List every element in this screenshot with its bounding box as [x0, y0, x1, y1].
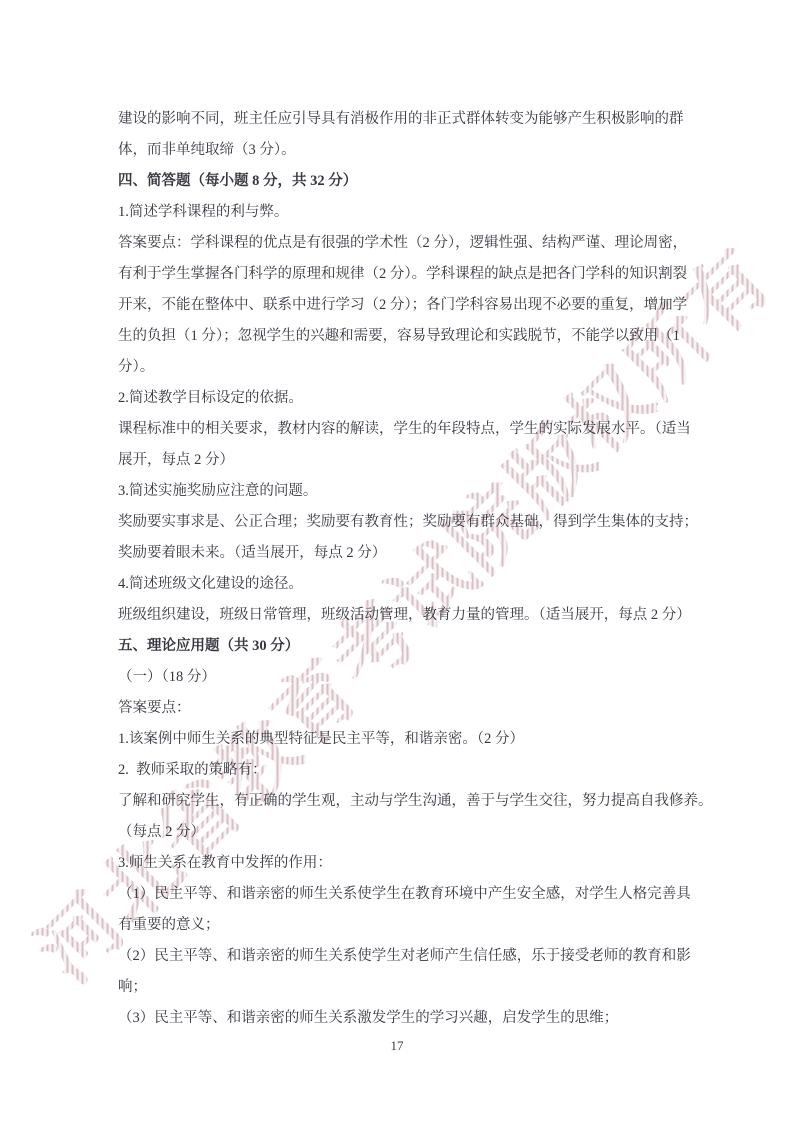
text-line: 响；: [118, 972, 713, 1003]
text-line: （1）民主平等、和谐亲密的师生关系使学生在教育环境中产生安全感，对学生人格完善具: [118, 879, 713, 910]
text-line: 奖励要着眼未来。（适当展开，每点 2 分）: [118, 538, 713, 569]
text-line: 开来，不能在整体中、联系中进行学习（2 分）；各门学科容易出现不必要的重复，增加…: [118, 290, 713, 321]
section-heading-theory-application: 五、理论应用题（共 30 分）: [118, 631, 713, 662]
document-content: 建设的影响不同，班主任应引导具有消极作用的非正式群体转变为能够产生积极影响的群 …: [118, 104, 713, 1034]
text-line: 3.师生关系在教育中发挥的作用：: [118, 848, 713, 879]
text-line: 1.该案例中师生关系的典型特征是民主平等，和谐亲密。（2 分）: [118, 724, 713, 755]
text-line: 4.简述班级文化建设的途径。: [118, 569, 713, 600]
text-line: 了解和研究学生，有正确的学生观，主动与学生沟通，善于与学生交往，努力提高自我修养…: [118, 786, 713, 817]
text-line: 建设的影响不同，班主任应引导具有消极作用的非正式群体转变为能够产生积极影响的群: [118, 104, 713, 135]
text-line: 2.简述教学目标设定的依据。: [118, 383, 713, 414]
section-heading-short-answer: 四、简答题（每小题 8 分，共 32 分）: [118, 166, 713, 197]
text-line: 奖励要实事求是、公正合理；奖励要有教育性；奖励要有群众基础，得到学生集体的支持；: [118, 507, 713, 538]
document-page: 河北省教育考试院版权所有 建设的影响不同，班主任应引导具有消极作用的非正式群体转…: [0, 0, 794, 1123]
page-number: 17: [0, 1036, 794, 1056]
text-line: （2）民主平等、和谐亲密的师生关系使学生对老师产生信任感，乐于接受老师的教育和影: [118, 941, 713, 972]
text-line: （3）民主平等、和谐亲密的师生关系激发学生的学习兴趣，启发学生的思维；: [118, 1003, 713, 1034]
text-line: 体，而非单纯取缔（3 分）。: [118, 135, 713, 166]
text-line: 答案要点：学科课程的优点是有很强的学术性（2 分），逻辑性强、结构严谨、理论周密…: [118, 228, 713, 259]
text-line: 展开，每点 2 分）: [118, 445, 713, 476]
text-line: 答案要点：: [118, 693, 713, 724]
text-line: 2. 教师采取的策略有：: [118, 755, 713, 786]
text-line: 有重要的意义；: [118, 910, 713, 941]
text-line: 生的负担（1 分）；忽视学生的兴趣和需要，容易导致理论和实践脱节，不能学以致用（…: [118, 321, 713, 352]
text-line: 分）。: [118, 352, 713, 383]
text-line: 班级组织建设，班级日常管理，班级活动管理，教育力量的管理。（适当展开，每点 2 …: [118, 600, 713, 631]
text-line: 有利于学生掌握各门科学的原理和规律（2 分）。学科课程的缺点是把各门学科的知识割…: [118, 259, 713, 290]
text-line: （每点 2 分）: [118, 817, 713, 848]
text-line: 3.简述实施奖励应注意的问题。: [118, 476, 713, 507]
text-line: 1.简述学科课程的利与弊。: [118, 197, 713, 228]
text-line: （一）（18 分）: [118, 662, 713, 693]
text-line: 课程标准中的相关要求，教材内容的解读，学生的年段特点，学生的实际发展水平。（适当: [118, 414, 713, 445]
